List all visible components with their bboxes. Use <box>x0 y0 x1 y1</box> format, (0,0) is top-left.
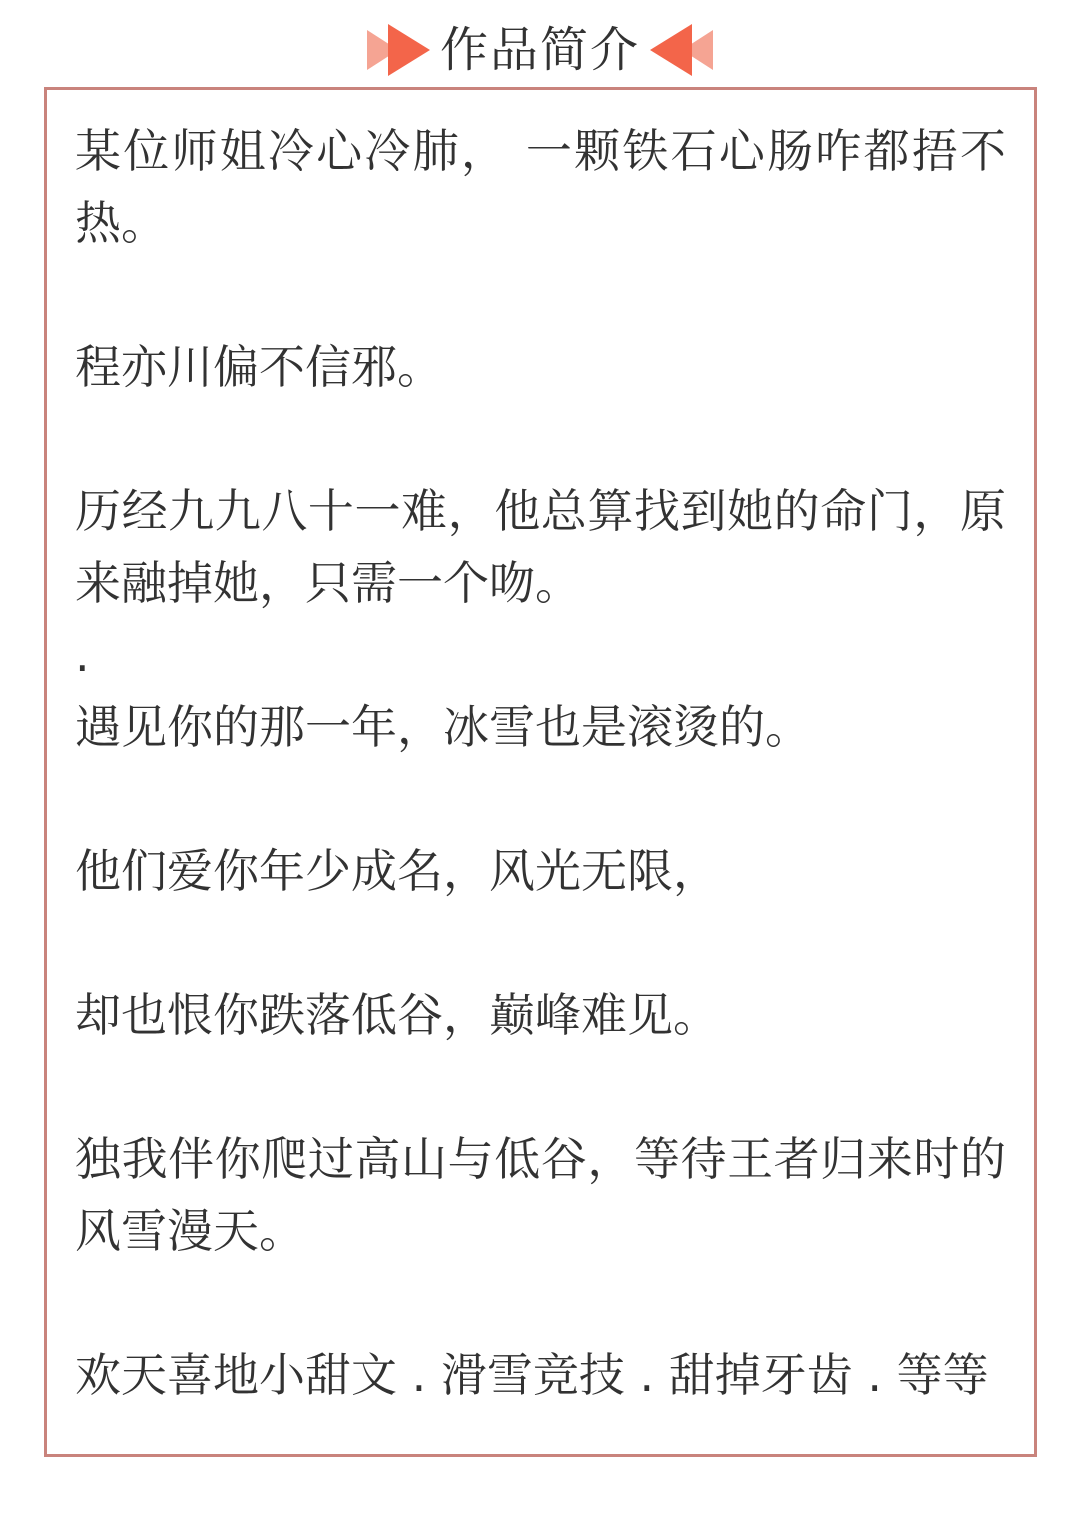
synopsis-paragraph: 某位师姐冷心冷肺， 一颗铁石心肠咋都捂不热。 <box>75 115 1006 259</box>
synopsis-paragraph: . <box>75 619 1006 691</box>
right-arrow-dark-icon <box>388 24 430 76</box>
double-right-arrows-icon <box>367 24 430 76</box>
synopsis-paragraph-list: 某位师姐冷心冷肺， 一颗铁石心肠咋都捂不热。程亦川偏不信邪。历经九九八十一难，他… <box>75 115 1006 1411</box>
synopsis-paragraph: 他们爱你年少成名，风光无限， <box>75 835 1006 907</box>
section-header: 作品简介 <box>0 0 1080 74</box>
synopsis-paragraph: 却也恨你跌落低谷，巅峰难见。 <box>75 979 1006 1051</box>
synopsis-paragraph: 独我伴你爬过高山与低谷，等待王者归来时的风雪漫天。 <box>75 1123 1006 1267</box>
left-arrow-dark-icon <box>650 24 692 76</box>
synopsis-paragraph: 欢天喜地小甜文 . 滑雪竞技 . 甜掉牙齿 . 等等 <box>75 1339 1006 1411</box>
synopsis-box: 某位师姐冷心冷肺， 一颗铁石心肠咋都捂不热。程亦川偏不信邪。历经九九八十一难，他… <box>44 87 1037 1457</box>
page-title: 作品简介 <box>440 26 640 74</box>
synopsis-paragraph: 历经九九八十一难，他总算找到她的命门，原来融掉她，只需一个吻。 <box>75 475 1006 619</box>
synopsis-paragraph: 遇见你的那一年，冰雪也是滚烫的。 <box>75 691 1006 763</box>
double-left-arrows-icon <box>650 24 713 76</box>
synopsis-paragraph: 程亦川偏不信邪。 <box>75 331 1006 403</box>
